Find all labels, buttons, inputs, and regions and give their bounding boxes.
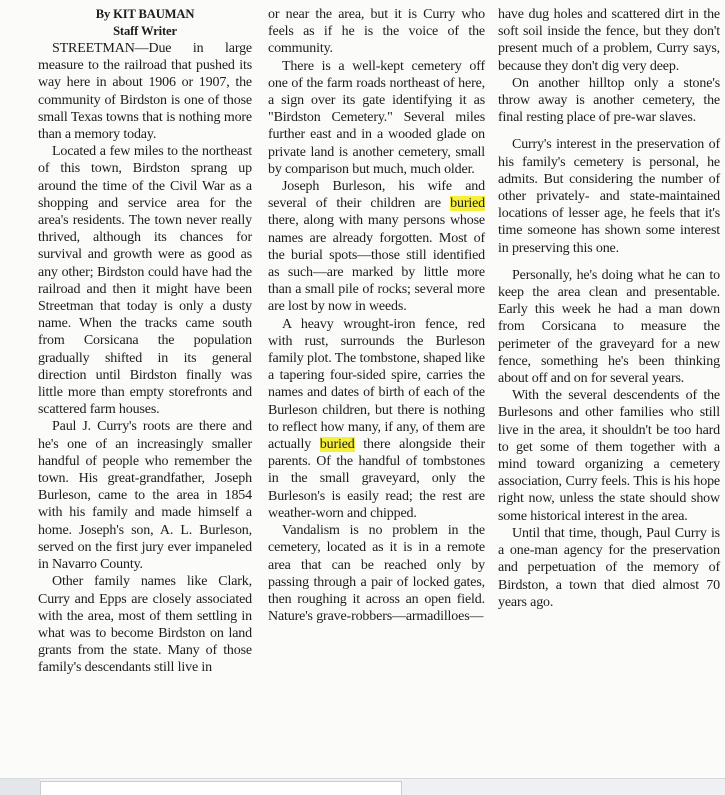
- article-column-1: By KIT BAUMAN Staff Writer STREETMAN—Due…: [38, 6, 252, 677]
- byline-author: By KIT BAUMAN: [96, 7, 195, 21]
- paragraph-text: Personally, he's doing what he can to ke…: [498, 268, 720, 386]
- article-paragraph: Paul J. Curry's roots are there and he's…: [38, 418, 252, 573]
- byline-role: Staff Writer: [38, 23, 252, 40]
- article-paragraph: Curry's interest in the preservation of …: [498, 136, 720, 256]
- article-paragraph: Joseph Burleson, his wife and several of…: [268, 178, 485, 316]
- byline: By KIT BAUMAN Staff Writer: [38, 6, 252, 40]
- article-paragraph: Located a few miles to the northeast of …: [38, 143, 252, 418]
- article-paragraph: STREETMAN—Due in large measure to the ra…: [38, 40, 252, 143]
- paragraph-text: With the several descendents of the Burl…: [498, 388, 720, 523]
- bottom-bar-left-segment: [0, 779, 40, 795]
- article-paragraph: On another hilltop only a stone's throw …: [498, 75, 720, 127]
- viewer-bottom-bar: [0, 778, 725, 795]
- article-paragraph: There is a well-kept cemetery off one of…: [268, 58, 485, 178]
- paragraph-text: On another hilltop only a stone's throw …: [498, 76, 720, 125]
- paragraph-text: There is a well-kept cemetery off one of…: [268, 59, 485, 177]
- paragraph-text: or near the area, but it is Curry who fe…: [268, 7, 485, 56]
- column-3-paragraphs: have dug holes and scattered dirt in the…: [498, 6, 720, 611]
- horizontal-scrollbar[interactable]: [40, 781, 402, 795]
- paragraph-text: there, along with many persons whose nam…: [268, 213, 485, 314]
- paragraph-text: have dug holes and scattered dirt in the…: [498, 7, 720, 74]
- article-column-3: have dug holes and scattered dirt in the…: [498, 6, 720, 611]
- article-paragraph: A heavy wrought-iron fence, red with rus…: [268, 316, 485, 522]
- newspaper-clipping: By KIT BAUMAN Staff Writer STREETMAN—Due…: [0, 0, 725, 778]
- search-highlight: buried: [320, 437, 355, 452]
- article-paragraph: Personally, he's doing what he can to ke…: [498, 267, 720, 387]
- paragraph-text: Vandalism is no problem in the cemetery,…: [268, 523, 485, 624]
- paragraph-text: Paul J. Curry's roots are there and he's…: [38, 419, 252, 572]
- paragraph-text: Curry's interest in the preservation of …: [498, 137, 720, 255]
- article-paragraph: Until that time, though, Paul Curry is a…: [498, 525, 720, 611]
- paragraph-text: STREETMAN—Due in large measure to the ra…: [38, 41, 252, 142]
- article-paragraph: have dug holes and scattered dirt in the…: [498, 6, 720, 75]
- search-highlight: buried: [450, 196, 485, 211]
- article-column-2: or near the area, but it is Curry who fe…: [268, 6, 485, 625]
- article-paragraph: Other family names like Clark, Curry and…: [38, 573, 252, 676]
- paragraph-text: Located a few miles to the northeast of …: [38, 144, 252, 417]
- column-2-paragraphs: or near the area, but it is Curry who fe…: [268, 6, 485, 625]
- paragraph-text: Other family names like Clark, Curry and…: [38, 574, 252, 675]
- article-paragraph: With the several descendents of the Burl…: [498, 387, 720, 525]
- paragraph-text: A heavy wrought-iron fence, red with rus…: [268, 317, 485, 452]
- column-1-paragraphs: STREETMAN—Due in large measure to the ra…: [38, 40, 252, 677]
- article-paragraph: Vandalism is no problem in the cemetery,…: [268, 522, 485, 625]
- paragraph-text: Until that time, though, Paul Curry is a…: [498, 526, 720, 610]
- article-paragraph: or near the area, but it is Curry who fe…: [268, 6, 485, 58]
